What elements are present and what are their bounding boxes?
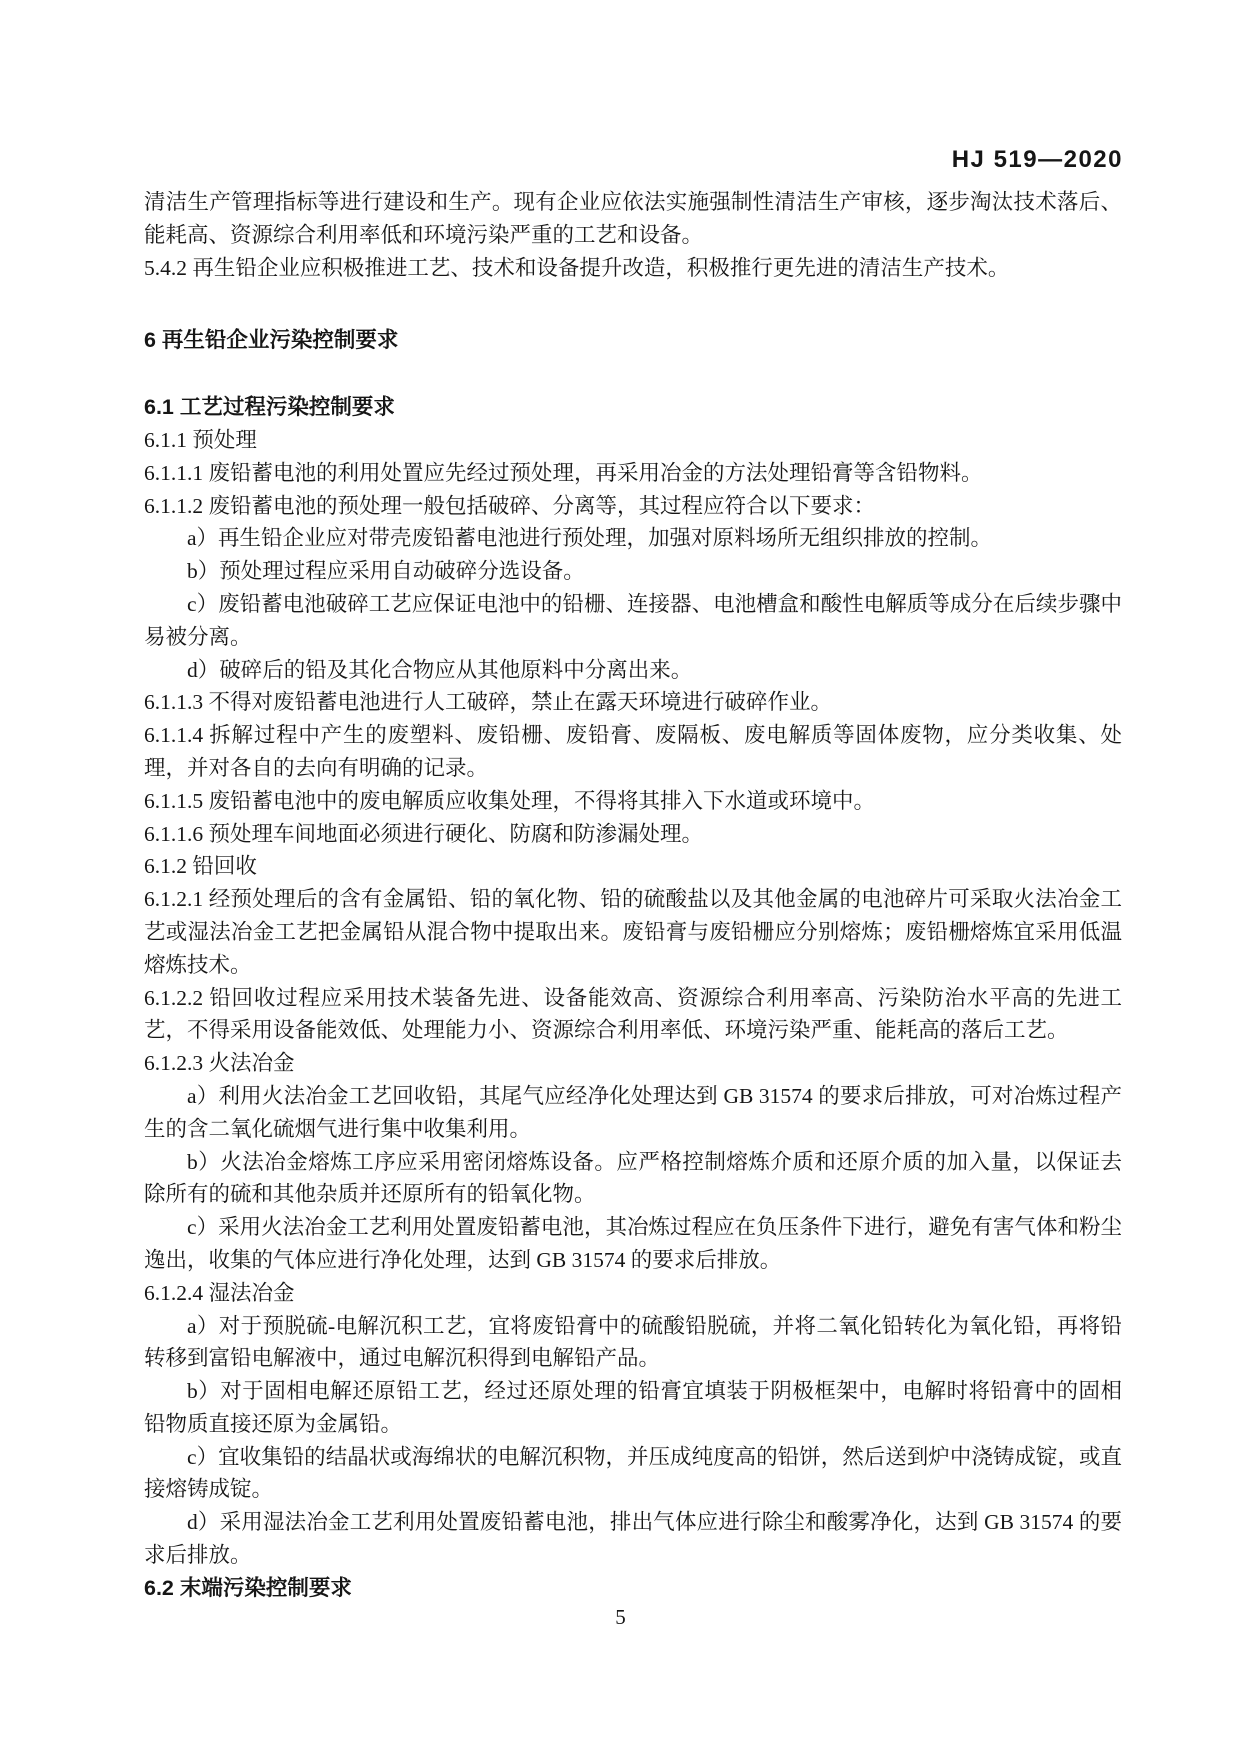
clause-6-1-1-4: 6.1.1.4 拆解过程中产生的废塑料、废铅栅、废铅膏、废隔板、废电解质等固体废… bbox=[144, 719, 1122, 785]
standard-code-header: HJ 519—2020 bbox=[952, 146, 1123, 174]
clause-6-1-2-1: 6.1.2.1 经预处理后的含有金属铅、铅的氧化物、铅的硫酸盐以及其他金属的电池… bbox=[144, 883, 1122, 981]
item-6-1-2-4-b: b）对于固相电解还原铅工艺，经过还原处理的铅膏宜填装于阴极框架中，电解时将铅膏中… bbox=[144, 1375, 1122, 1441]
clause-6-1-1-5: 6.1.1.5 废铅蓄电池中的废电解质应收集处理，不得将其排入下水道或环境中。 bbox=[144, 785, 1122, 818]
item-6-1-1-2-d: d）破碎后的铅及其化合物应从其他原料中分离出来。 bbox=[144, 654, 1122, 687]
item-6-1-2-3-a: a）利用火法冶金工艺回收铅，其尾气应经净化处理达到 GB 31574 的要求后排… bbox=[144, 1080, 1122, 1146]
item-6-1-2-3-c: c）采用火法冶金工艺利用处置废铅蓄电池，其冶炼过程应在负压条件下进行，避免有害气… bbox=[144, 1211, 1122, 1277]
clause-6-1-1-3: 6.1.1.3 不得对废铅蓄电池进行人工破碎，禁止在露天环境进行破碎作业。 bbox=[144, 686, 1122, 719]
paragraph-cleaner-production-continuation: 清洁生产管理指标等进行建设和生产。现有企业应依法实施强制性清洁生产审核，逐步淘汰… bbox=[144, 186, 1122, 252]
clause-6-1-1-1: 6.1.1.1 废铅蓄电池的利用处置应先经过预处理，再采用冶金的方法处理铅膏等含… bbox=[144, 457, 1122, 490]
item-6-1-2-3-b: b）火法冶金熔炼工序应采用密闭熔炼设备。应严格控制熔炼介质和还原介质的加入量，以… bbox=[144, 1146, 1122, 1212]
clause-6-1-1-2: 6.1.1.2 废铅蓄电池的预处理一般包括破碎、分离等，其过程应符合以下要求： bbox=[144, 490, 1122, 523]
item-6-1-2-4-d: d）采用湿法冶金工艺利用处置废铅蓄电池，排出气体应进行除尘和酸雾净化，达到 GB… bbox=[144, 1506, 1122, 1572]
clause-6-1-1-6: 6.1.1.6 预处理车间地面必须进行硬化、防腐和防渗漏处理。 bbox=[144, 818, 1122, 851]
item-6-1-2-4-a: a）对于预脱硫-电解沉积工艺，宜将废铅膏中的硫酸铅脱硫，并将二氧化铅转化为氧化铅… bbox=[144, 1310, 1122, 1376]
item-6-1-2-4-c: c）宜收集铅的结晶状或海绵状的电解沉积物，并压成纯度高的铅饼，然后送到炉中浇铸成… bbox=[144, 1441, 1122, 1507]
clause-6-1-1: 6.1.1 预处理 bbox=[144, 424, 1122, 457]
item-6-1-1-2-a: a）再生铅企业应对带壳废铅蓄电池进行预处理，加强对原料场所无组织排放的控制。 bbox=[144, 522, 1122, 555]
item-6-1-1-2-b: b）预处理过程应采用自动破碎分选设备。 bbox=[144, 555, 1122, 588]
document-body: 清洁生产管理指标等进行建设和生产。现有企业应依法实施强制性清洁生产审核，逐步淘汰… bbox=[144, 186, 1122, 1605]
clause-6-1-2: 6.1.2 铅回收 bbox=[144, 850, 1122, 883]
document-page: HJ 519—2020 清洁生产管理指标等进行建设和生产。现有企业应依法实施强制… bbox=[0, 0, 1241, 1755]
clause-5-4-2: 5.4.2 再生铅企业应积极推进工艺、技术和设备提升改造，积极推行更先进的清洁生… bbox=[144, 252, 1122, 285]
item-6-1-1-2-c: c）废铅蓄电池破碎工艺应保证电池中的铅栅、连接器、电池槽盒和酸性电解质等成分在后… bbox=[144, 588, 1122, 654]
clause-6-1-2-4: 6.1.2.4 湿法冶金 bbox=[144, 1277, 1122, 1310]
chapter-heading-6: 6 再生铅企业污染控制要求 bbox=[144, 324, 1122, 357]
section-heading-6-2: 6.2 末端污染控制要求 bbox=[144, 1572, 1122, 1605]
clause-6-1-2-3: 6.1.2.3 火法冶金 bbox=[144, 1047, 1122, 1080]
clause-6-1-2-2: 6.1.2.2 铅回收过程应采用技术装备先进、设备能效高、资源综合利用率高、污染… bbox=[144, 982, 1122, 1048]
section-heading-6-1: 6.1 工艺过程污染控制要求 bbox=[144, 391, 1122, 424]
page-number: 5 bbox=[0, 1605, 1241, 1630]
